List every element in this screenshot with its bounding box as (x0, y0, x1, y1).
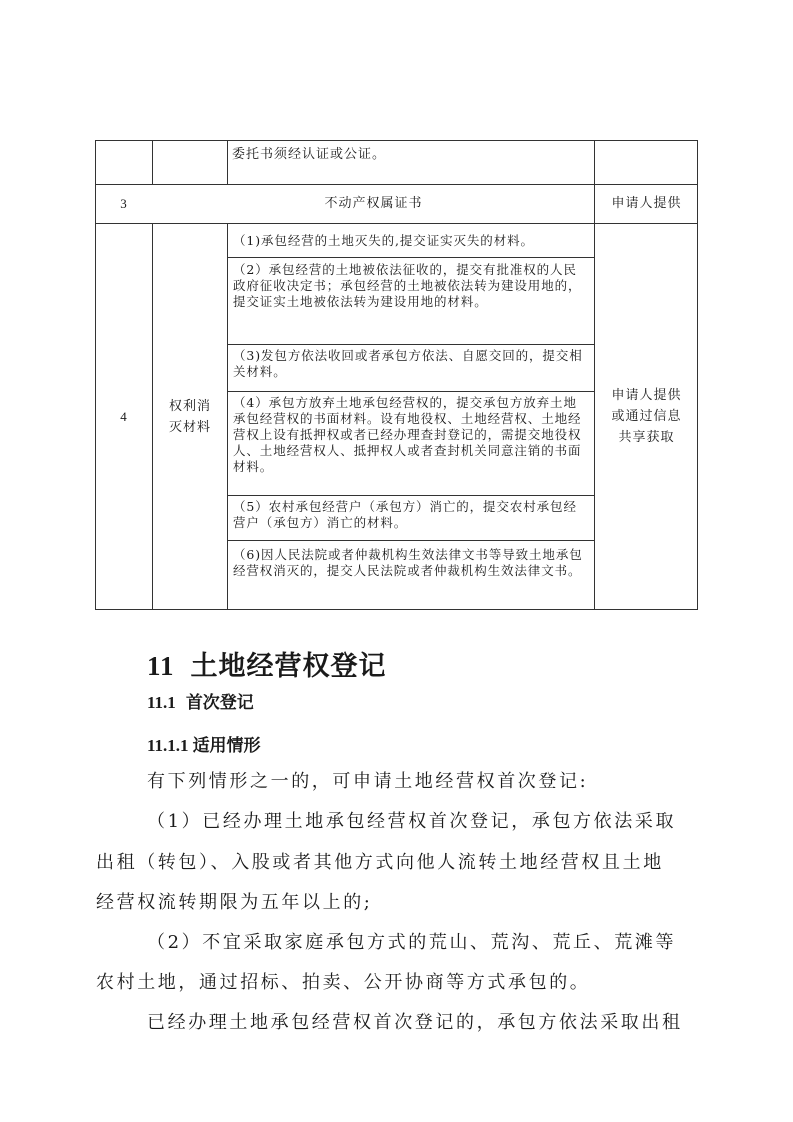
col-divider-1 (152, 141, 153, 184)
extinction-item-6: （6)因人民法院或者仲裁机构生效法律文书等导致土地承包经营权消灭的，提交人民法院… (229, 547, 594, 579)
body-line: 已经办理土地承包经营权首次登记的，承包方依法采取出租 (147, 1008, 683, 1034)
row3-source: 申请人提供 (595, 184, 698, 223)
heading-title: 首次登记 (186, 693, 254, 713)
subrow-divider (227, 344, 594, 345)
body-line: 农村土地，通过招标、拍卖、公开协商等方式承包的。 (96, 968, 590, 994)
row4-category: 权利消 灭材料 (153, 223, 227, 610)
heading-title: 土地经营权登记 (191, 651, 387, 682)
col-divider-2b (227, 223, 228, 610)
extinction-item-3: （3)发包方依法收回或者承包方依法、自愿交回的，提交相关材料。 (229, 348, 594, 380)
body-line: （2）不宜采取家庭承包方式的荒山、荒沟、荒丘、荒滩等 (147, 928, 676, 954)
col-divider-2 (227, 141, 228, 184)
heading-number: 11.1.1 (147, 736, 189, 755)
heading-section-11-1-1: 11.1.1适用情形 (147, 731, 261, 756)
extinction-item-5: （5）农村承包经营户（承包方）消亡的，提交农村承包经营户（承包方）消亡的材料。 (229, 499, 594, 531)
continuation-text: 委托书须经认证或公证。 (232, 145, 592, 164)
extinction-item-1: （1)承包经营的土地灭失的,提交证实灭失的材料。 (229, 233, 594, 249)
subrow-divider (227, 495, 594, 496)
subrow-divider (227, 391, 594, 392)
subrow-divider (227, 540, 594, 541)
extinction-item-2: （2）承包经营的土地被依法征收的，提交有批准权的人民政府征收决定书；承包经营的土… (229, 262, 594, 310)
body-line: 出租（转包）、入股或者其他方式向他人流转土地经营权且土地 (96, 848, 664, 874)
materials-table: 委托书须经认证或公证。 3 不动产权属证书 申请人提供 4 权利消 灭材料 申请… (95, 140, 698, 610)
source-line: 申请人提供 (611, 385, 681, 406)
source-line: 共享获取 (618, 427, 674, 448)
heading-title: 适用情形 (193, 736, 261, 756)
body-line: 有下列情形之一的，可申请土地经营权首次登记: (147, 767, 588, 793)
body-line: 经营权流转期限为五年以上的; (96, 888, 372, 914)
subrow-divider (227, 257, 594, 258)
heading-number: 11.1 (147, 693, 176, 712)
category-line: 灭材料 (169, 417, 211, 438)
row4-source: 申请人提供 或通过信息 共享获取 (595, 223, 698, 610)
body-line: （1）已经办理土地承包经营权首次登记，承包方依法采取 (147, 807, 676, 833)
heading-section-11-1: 11.1首次登记 (147, 688, 254, 713)
source-line: 或通过信息 (611, 406, 681, 427)
category-line: 权利消 (169, 396, 211, 417)
row3-material: 不动产权属证书 (153, 184, 594, 223)
extinction-item-4: （4）承包方放弃土地承包经营权的，提交承包方放弃土地承包经营权的书面材料。设有地… (229, 395, 594, 475)
heading-section-11: 11土地经营权登记 (147, 644, 387, 683)
row3-number: 3 (96, 184, 152, 223)
row4-number: 4 (96, 223, 152, 610)
heading-number: 11 (147, 651, 175, 681)
